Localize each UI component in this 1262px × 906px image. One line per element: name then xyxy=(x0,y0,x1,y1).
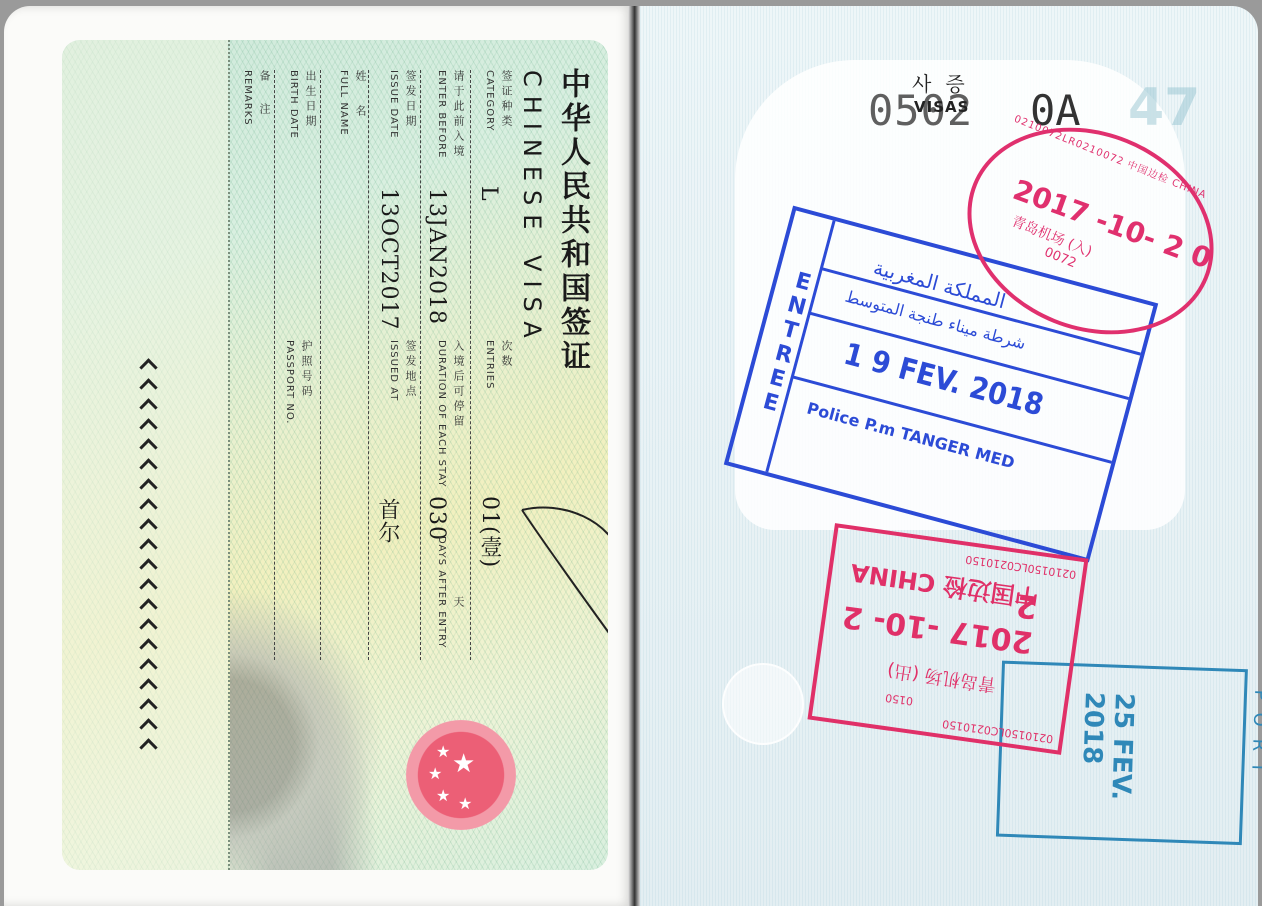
field-divider xyxy=(470,70,471,660)
national-emblem-icon: ★ ★ ★ ★ ★ xyxy=(406,720,516,830)
chevron-icon xyxy=(139,618,157,636)
stamp-top-text: PORT xyxy=(1247,689,1262,785)
issued-at-label-en: ISSUED AT xyxy=(388,340,399,401)
chevron-icon xyxy=(139,418,157,436)
category-label-cn: 签证种类 xyxy=(498,70,514,130)
chevron-icon xyxy=(139,598,157,616)
full-name-label-en: FULL NAME xyxy=(338,70,349,136)
enter-before-label-en: ENTER BEFORE xyxy=(436,70,447,158)
enter-before-value: 13JAN2018 xyxy=(424,188,449,325)
passport-no-label-en: PASSPORT NO. xyxy=(284,340,295,424)
chevron-icon xyxy=(139,638,157,656)
duration-unit-en: DAYS AFTER ENTRY xyxy=(436,536,447,649)
chevron-icon xyxy=(139,518,157,536)
full-name-label-cn: 姓名 xyxy=(352,70,368,140)
field-divider xyxy=(274,70,275,660)
passport-spine xyxy=(628,6,640,906)
duration-label-cn: 入境后可停留 xyxy=(450,340,466,430)
entries-label-cn: 次数 xyxy=(498,340,514,370)
chevron-icon xyxy=(139,678,157,696)
duration-label-en: DURATION OF EACH STAY xyxy=(436,340,447,488)
page-number: 47 xyxy=(1128,78,1200,138)
chevron-icon xyxy=(139,698,157,716)
duration-value: 030 xyxy=(424,496,449,541)
remarks-label-en: REMARKS xyxy=(242,70,253,126)
stamp-date: 25 FEV. 2018 xyxy=(1073,691,1139,865)
remarks-label-cn: 备注 xyxy=(256,70,272,136)
category-label-en: CATEGORY xyxy=(484,70,495,132)
chevron-icon xyxy=(139,558,157,576)
chevron-icon xyxy=(139,458,157,476)
visa-title-en: CHINESE VISA xyxy=(518,70,546,347)
field-divider xyxy=(320,70,321,660)
stamp-code: 0150 xyxy=(884,691,914,708)
birth-date-label-cn: 出生日期 xyxy=(302,70,318,130)
chevron-icon xyxy=(139,438,157,456)
chevron-icon xyxy=(139,498,157,516)
entries-label-en: ENTRIES xyxy=(484,340,495,389)
issued-at-value: 首尔 xyxy=(372,498,403,544)
chevron-icon xyxy=(139,478,157,496)
issue-date-label-en: ISSUE DATE xyxy=(388,70,399,138)
field-divider xyxy=(420,70,421,660)
birth-date-label-en: BIRTH DATE xyxy=(288,70,299,139)
visa-title-cn: 中华人民共和国签证 xyxy=(550,68,594,374)
entries-value: 01(壹) xyxy=(474,496,505,568)
page-header-ko: 사증 xyxy=(912,68,979,97)
chevron-icon xyxy=(139,398,157,416)
chevron-icon xyxy=(139,738,157,756)
chevron-icon xyxy=(139,358,157,376)
taegeuk-watermark-icon xyxy=(722,663,804,745)
passport-no-label-cn: 护照号码 xyxy=(298,340,314,400)
duration-unit-cn: 天 xyxy=(450,596,466,611)
consular-signature xyxy=(502,500,608,650)
issue-date-label-cn: 签发日期 xyxy=(402,70,418,130)
chevron-icon xyxy=(139,658,157,676)
category-value: L xyxy=(476,186,501,202)
chevron-icon xyxy=(139,718,157,736)
chinese-visa-sticker: 中华人民共和国签证 CHINESE VISA 签证种类 CATEGORY L 次… xyxy=(62,40,608,870)
issue-date-value: 13OCT2017 xyxy=(376,188,401,331)
china-exit-stamp: 0210150LC0210150 0150 青岛机场 (出) 2017 -10-… xyxy=(807,523,1088,755)
chevron-icon xyxy=(139,538,157,556)
issued-at-label-cn: 签发地点 xyxy=(402,340,418,400)
chevron-icon xyxy=(139,378,157,396)
passport-spread: 中华人民共和国签证 CHINESE VISA 签证种类 CATEGORY L 次… xyxy=(0,0,1262,906)
mrz-chevrons xyxy=(138,358,158,758)
page-header-en: VISAS xyxy=(914,98,969,116)
field-divider xyxy=(368,70,369,660)
chevron-icon xyxy=(139,578,157,596)
enter-before-label-cn: 请于此前入境 xyxy=(450,70,466,160)
